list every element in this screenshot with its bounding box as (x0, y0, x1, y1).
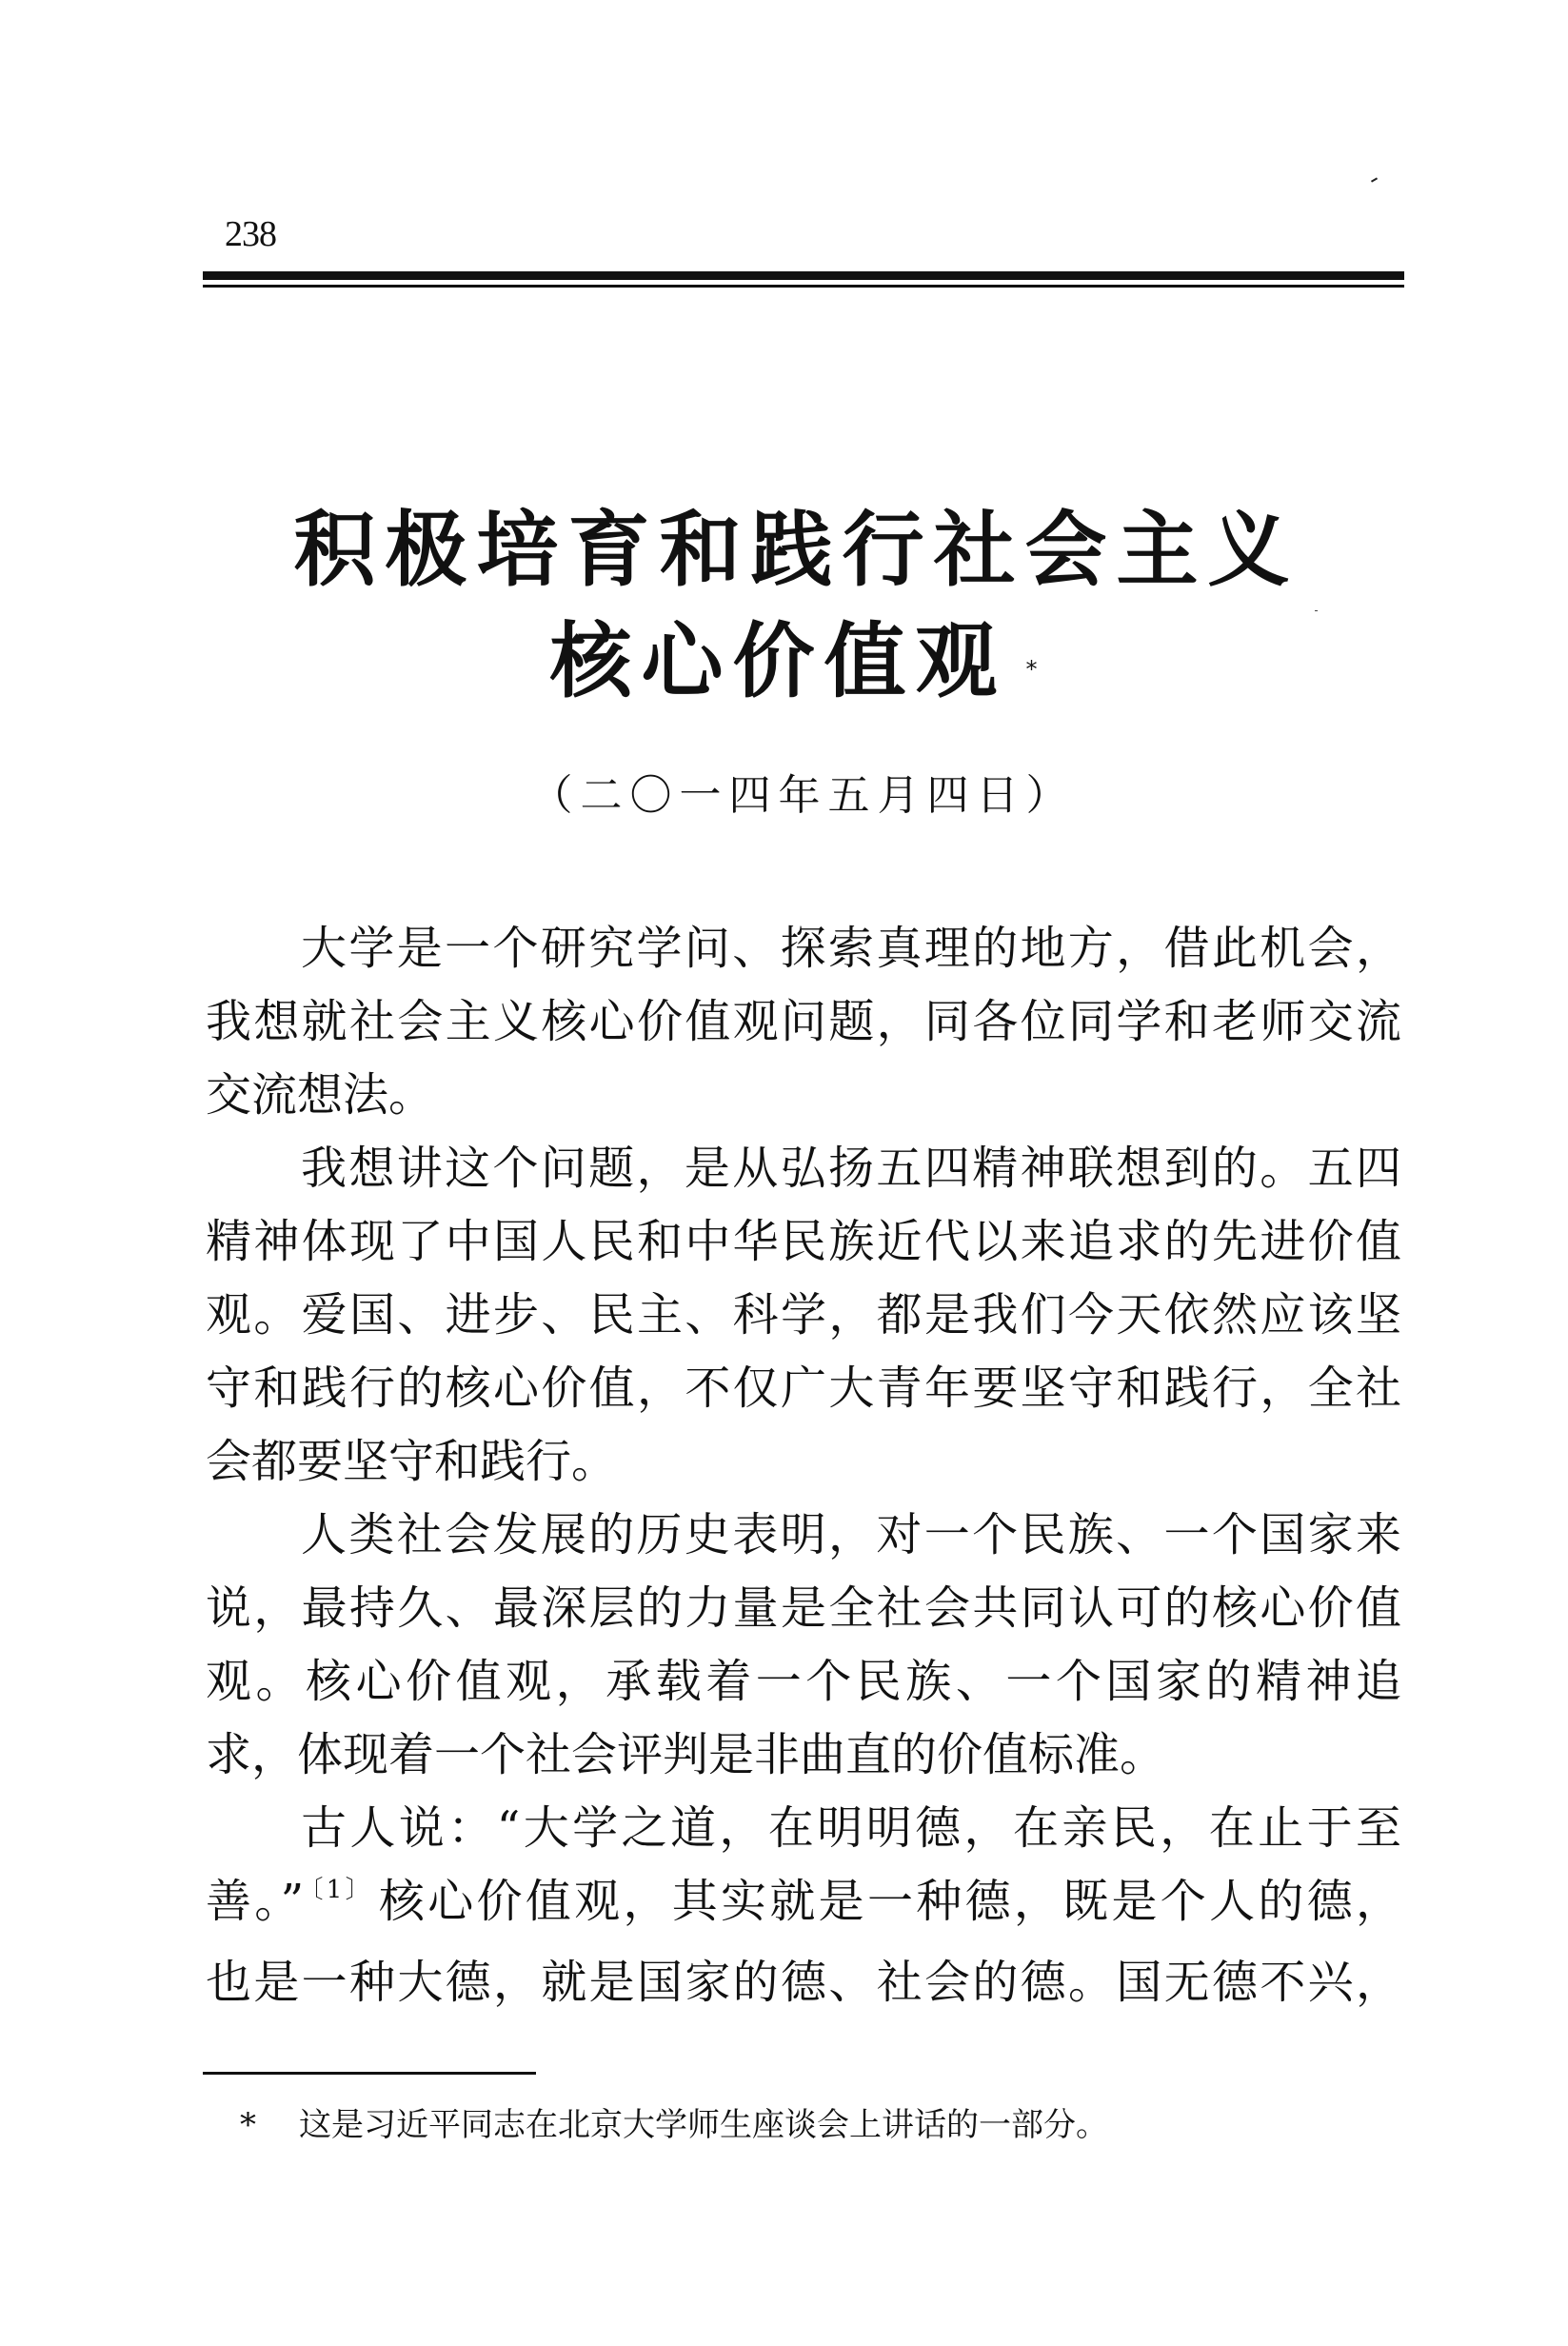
header-rule-thick (203, 271, 1404, 280)
endnote-reference[interactable]: 〔1〕 (308, 1876, 373, 1904)
article-title-line-2: 核心价值观* (0, 614, 1568, 709)
body-line: 观。核心价值观，承载着一个民族、一个国家的精神追 (206, 1645, 1401, 1719)
body-line: 人类社会发展的历史表明，对一个民族、一个国家来 (206, 1499, 1401, 1572)
body-line: 古人说：“大学之道，在明明德，在亲民，在止于至 (206, 1792, 1401, 1865)
article-title-line-1: 积极培育和践行社会主义 (0, 503, 1568, 598)
body-line-text: 核心价值观，其实就是一种德，既是个人的德， (379, 1875, 1401, 1928)
header-rule-thin (203, 285, 1404, 288)
body-line: 交流想法。 (206, 1059, 1401, 1132)
body-line: 说，最持久、最深层的力量是全社会共同认可的核心价值 (206, 1572, 1401, 1645)
body-line: 我想讲这个问题，是从弘扬五四精神联想到的。五四 (206, 1132, 1401, 1205)
footnote-separator (203, 2072, 536, 2075)
title-footnote-marker[interactable]: * (1026, 656, 1038, 683)
page-number: 238 (225, 215, 276, 253)
body-line: 大学是一个研究学问、探索真理的地方，借此机会， (206, 912, 1401, 985)
body-line-text: 善。” (206, 1875, 304, 1928)
body-line: 守和践行的核心价值，不仅广大青年要坚守和践行，全社 (206, 1352, 1401, 1425)
article-date: （二〇一四年五月四日） (0, 767, 1568, 825)
scan-speck (1371, 177, 1378, 182)
body-line: 精神体现了中国人民和中华民族近代以来追求的先进价值 (206, 1205, 1401, 1279)
body-line: 观。爱国、进步、民主、科学，都是我们今天依然应该坚 (206, 1279, 1401, 1352)
body-line-with-note: 善。”〔1〕核心价值观，其实就是一种德，既是个人的德， (206, 1865, 1401, 1946)
body-line: 会都要坚守和践行。 (206, 1425, 1401, 1499)
footnote-text: 这是习近平同志在北京大学师生座谈会上讲话的一部分。 (299, 2106, 1108, 2144)
body-line: 求，体现着一个社会评判是非曲直的价值标准。 (206, 1719, 1401, 1792)
body-line: 也是一种大德，就是国家的德、社会的德。国无德不兴， (206, 1946, 1401, 2019)
scan-speck (1315, 610, 1318, 611)
article-title-line-2-text: 核心价值观 (550, 614, 1007, 709)
body-text: 大学是一个研究学问、探索真理的地方，借此机会， 我想就社会主义核心价值观问题，同… (206, 912, 1401, 2019)
footnote: *这是习近平同志在北京大学师生座谈会上讲话的一部分。 (240, 2102, 1108, 2148)
body-line: 我想就社会主义核心价值观问题，同各位同学和老师交流 (206, 985, 1401, 1059)
footnote-marker: * (240, 2102, 299, 2148)
